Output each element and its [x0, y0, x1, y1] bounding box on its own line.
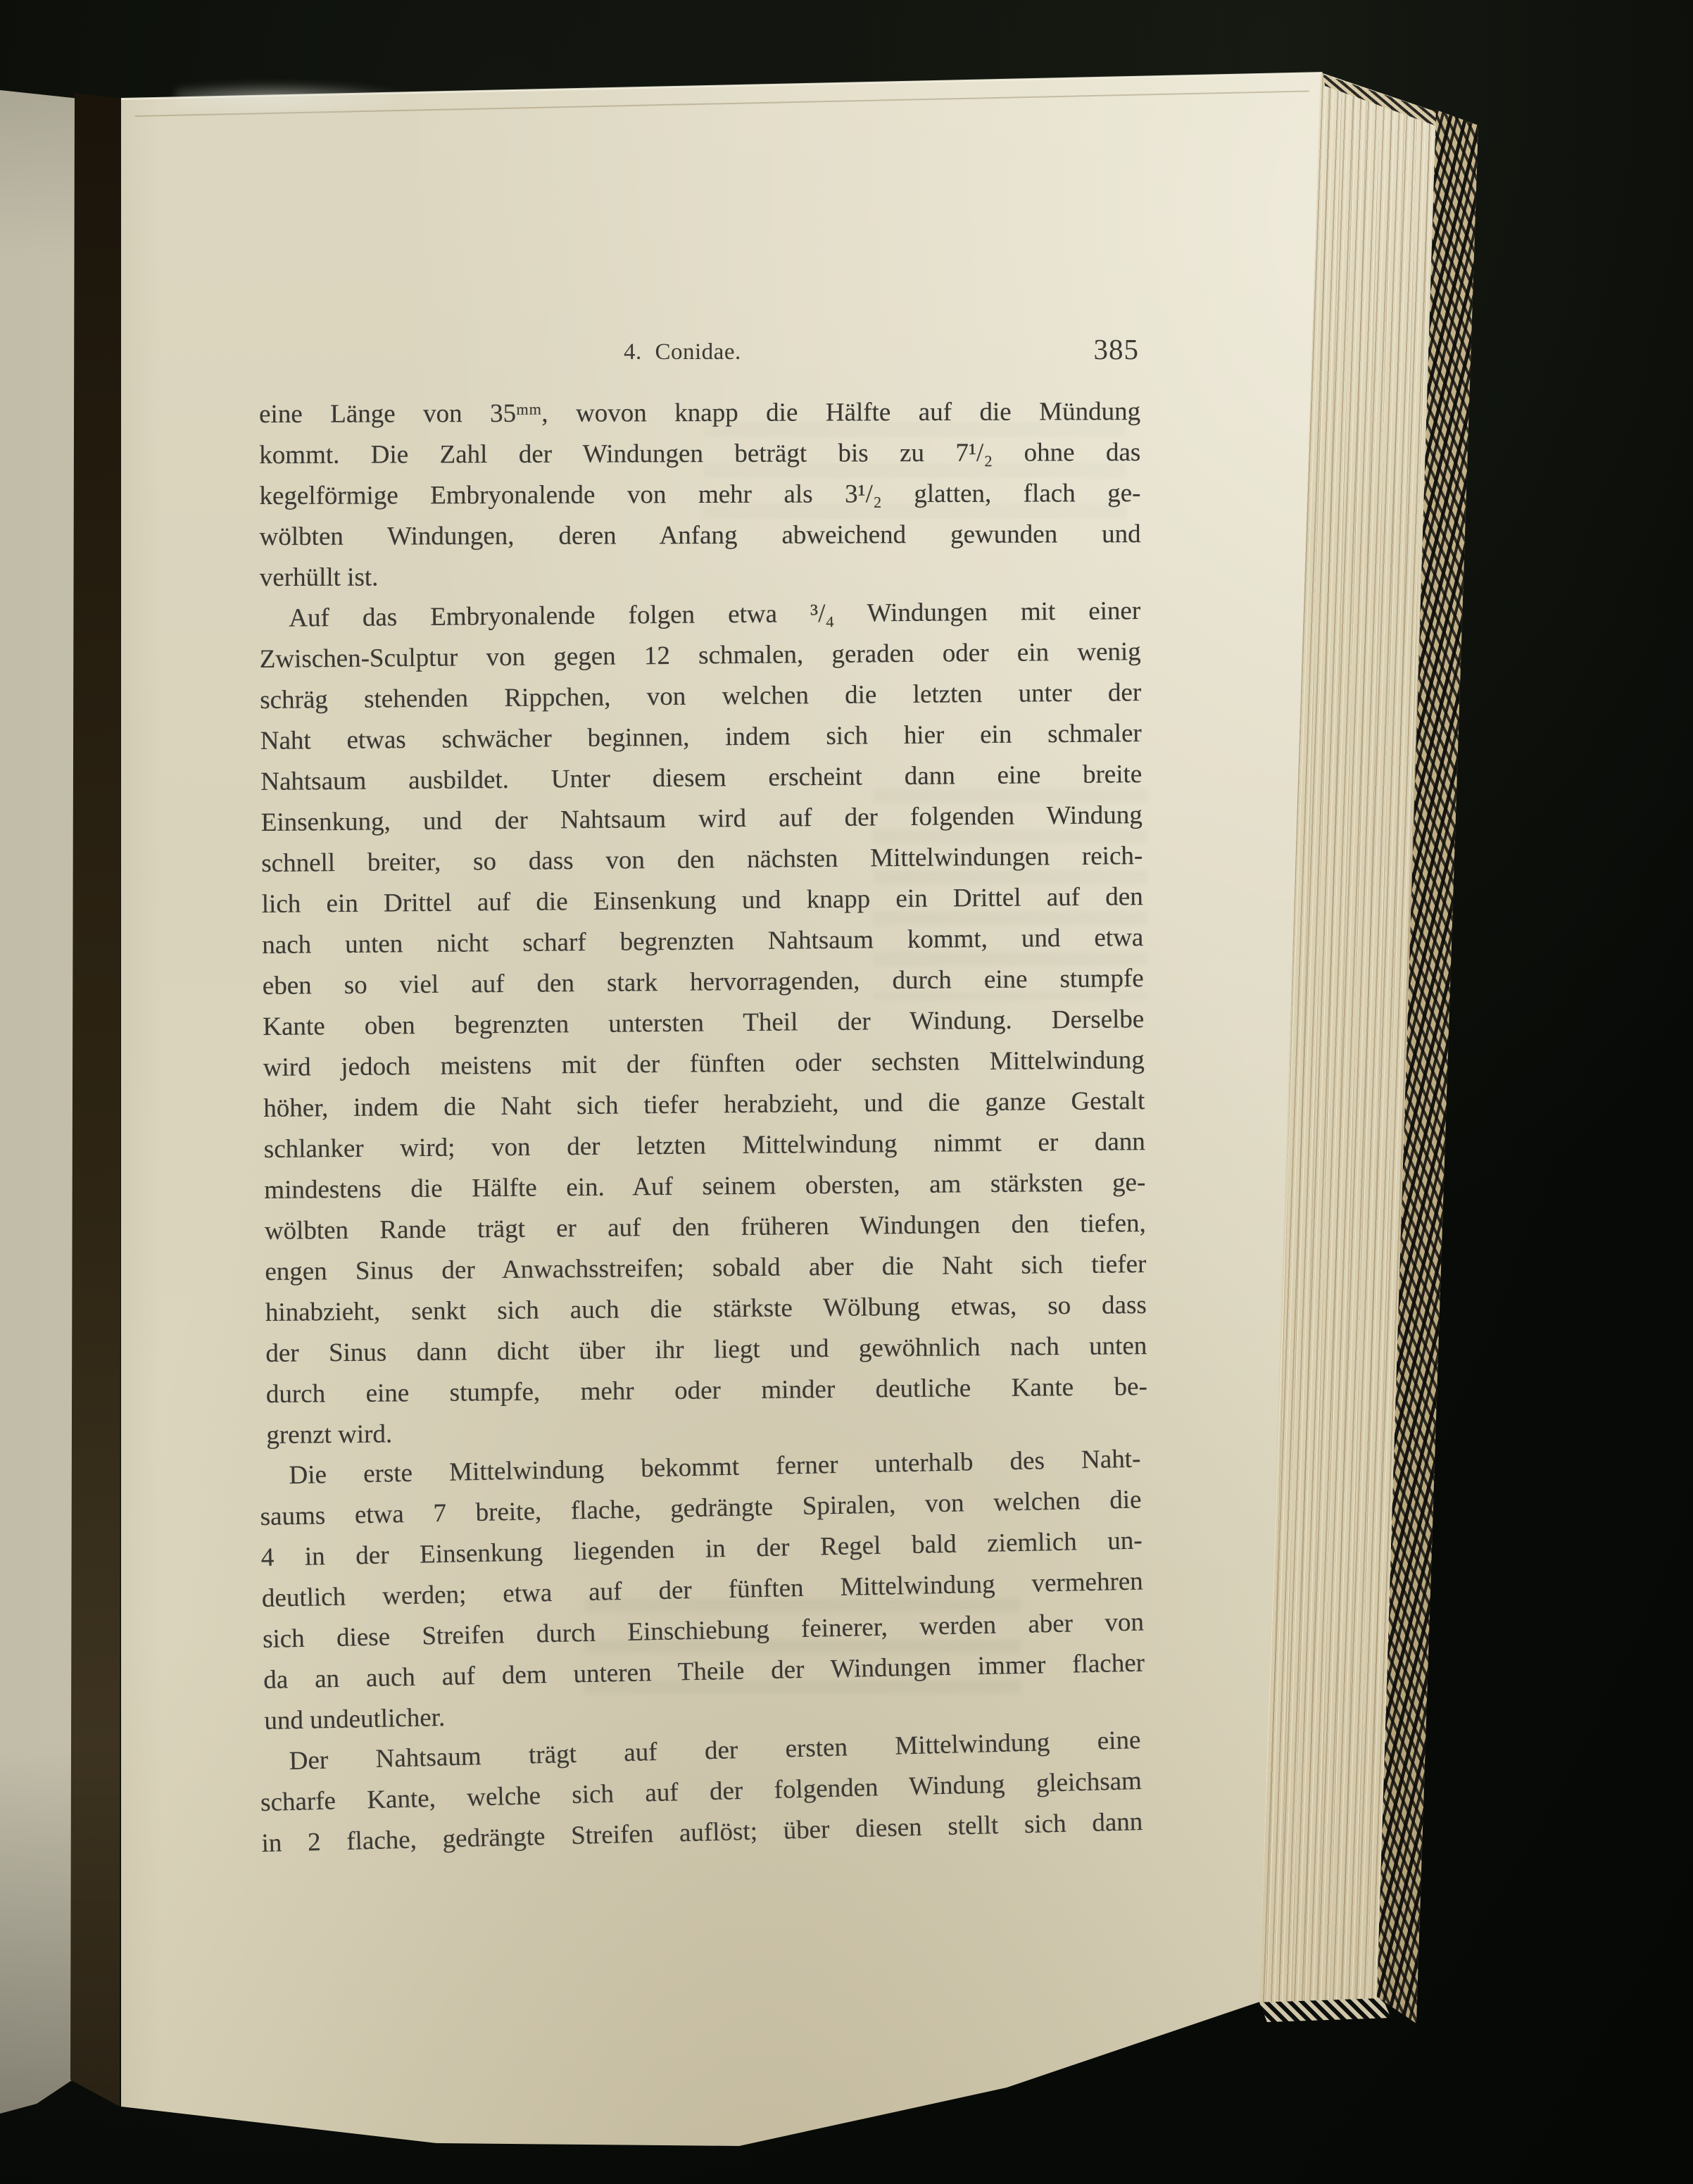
- text-line: lich ein Drittel auf die Einsenkung und …: [262, 877, 1143, 925]
- dust-fibers: [176, 82, 415, 115]
- text-line: wölbten Windungen, deren Anfang abweiche…: [260, 514, 1141, 558]
- text-line: kommt. Die Zahl der Windungen beträgt bi…: [259, 432, 1140, 476]
- text-line: engen Sinus der Anwachsstreifen; sobald …: [265, 1244, 1146, 1293]
- running-header: 4. Conidae. 385: [259, 330, 1140, 372]
- text-line: hinabzieht, senkt sich auch die stärkste…: [265, 1285, 1147, 1333]
- paragraph: Auf das Embryonalende folgen etwa ³/₄ Wi…: [259, 591, 1148, 1456]
- text-line: wölbten Rande trägt er auf den früheren …: [265, 1203, 1146, 1252]
- text-line: Kante oben begrenzten untersten Theil de…: [263, 999, 1144, 1048]
- text-line: durch eine stumpfe, mehr oder minder deu…: [266, 1367, 1147, 1415]
- page-number: 385: [1094, 332, 1140, 366]
- text-line: mindestens die Hälfte ein. Auf seinem ob…: [264, 1162, 1145, 1211]
- paragraph: Die erste Mittelwindung bekommt ferner u…: [259, 1439, 1146, 1742]
- text-line: nach unten nicht scharf begrenzten Nahts…: [262, 917, 1143, 966]
- text-line: schlanker wird; von der letzten Mittelwi…: [264, 1122, 1145, 1170]
- text-line: Zwischen-Sculptur von gegen 12 schmalen,…: [260, 632, 1141, 680]
- text-line: eben so viel auf den stark hervorragende…: [263, 958, 1144, 1007]
- text-line: schräg stehenden Rippchen, von welchen d…: [260, 672, 1141, 721]
- text-line: Einsenkung, und der Nahtsaum wird auf de…: [261, 795, 1143, 843]
- text-line: Auf das Embryonalende folgen etwa ³/₄ Wi…: [259, 591, 1140, 639]
- text-block: eine Länge von 35ᵐᵐ, wovon knapp die Häl…: [259, 394, 1140, 1864]
- text-line: Nahtsaum ausbildet. Unter diesem erschei…: [260, 754, 1142, 803]
- paragraph: Der Nahtsaum trägt auf der ersten Mittel…: [259, 1720, 1143, 1864]
- paragraph: eine Länge von 35ᵐᵐ, wovon knapp die Häl…: [259, 391, 1141, 598]
- book-photo: 4. Conidae. 385 eine Länge von 35ᵐᵐ, wov…: [0, 0, 1693, 2184]
- text-line: eine Länge von 35ᵐᵐ, wovon knapp die Häl…: [259, 391, 1140, 435]
- text-line: wird jedoch meistens mit der fünften ode…: [263, 1040, 1145, 1088]
- text-line: der Sinus dann dicht über ihr liegt und …: [265, 1326, 1147, 1374]
- section-heading: 4. Conidae.: [624, 339, 741, 365]
- text-line: Naht etwas schwächer beginnen, indem sic…: [260, 713, 1142, 762]
- text-line: höher, indem die Naht sich tiefer herabz…: [263, 1081, 1145, 1129]
- text-line: schnell breiter, so dass von den nächste…: [261, 836, 1143, 884]
- text-line: kegelförmige Embryonalende von mehr als …: [259, 473, 1140, 517]
